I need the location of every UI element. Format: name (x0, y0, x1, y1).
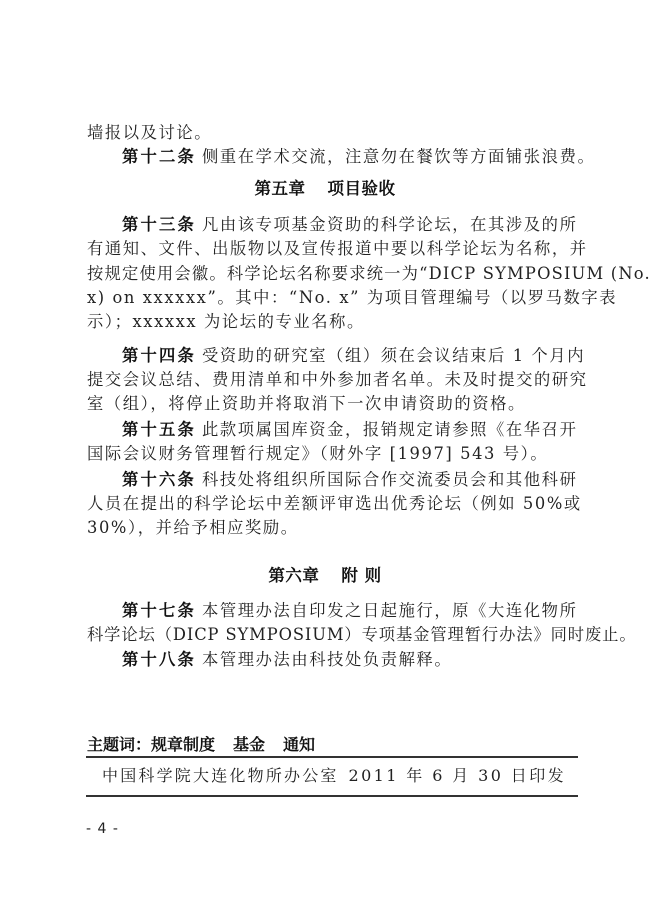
chapter-6-heading: 第六章附 则 (0, 564, 650, 588)
article-14-line: 室（组），将停止资助并将取消下一次申请资助的资格。 (87, 392, 573, 416)
article-number: 第十二条 (122, 147, 196, 166)
article-number: 第十四条 (122, 346, 196, 365)
article-text: 受资助的研究室（组）须在会议结束后 1 个月内 (202, 346, 585, 365)
article-number: 第十七条 (122, 601, 196, 620)
article-14-line: 提交会议总结、费用清单和中外参加者名单。未及时提交的研究 (87, 368, 573, 392)
article-17-line: 科学论坛（DICP SYMPOSIUM）专项基金管理暂行办法》同时废止。 (87, 623, 573, 647)
article-14: 第十四条受资助的研究室（组）须在会议结束后 1 个月内 (122, 344, 573, 368)
article-16-line: 30%），并给予相应奖励。 (87, 516, 573, 540)
article-number: 第十三条 (122, 215, 196, 234)
keyword: 规章制度 (151, 735, 215, 754)
chapter-title: 附 则 (341, 566, 381, 585)
article-16-line: 人员在提出的科学论坛中差额评审选出优秀论坛（例如 50%或 (87, 492, 573, 516)
divider-top (86, 756, 578, 758)
article-12: 第十二条侧重在学术交流，注意勿在餐饮等方面铺张浪费。 (122, 145, 573, 169)
chapter-number: 第五章 (255, 179, 306, 198)
issuing-office: 中国科学院大连化物所办公室 (102, 764, 339, 788)
subject-keywords: 主题词：规章制度基金通知 (87, 733, 315, 757)
keywords-label: 主题词： (87, 735, 151, 754)
article-16: 第十六条科技处将组织所国际合作交流委员会和其他科研 (122, 468, 573, 492)
keyword: 基金 (233, 735, 265, 754)
issue-date: 2011 年 6 月 30 日印发 (349, 764, 567, 788)
article-15: 第十五条此款项属国库资金，报销规定请参照《在华召开 (122, 418, 573, 442)
article-text: 侧重在学术交流，注意勿在餐饮等方面铺张浪费。 (202, 147, 595, 166)
chapter-title: 项目验收 (328, 179, 396, 198)
article-18: 第十八条本管理办法由科技处负责解释。 (122, 648, 573, 672)
article-13-line: x) on xxxxxx”。其中：“No. x” 为项目管理编号（以罗马数字表 (87, 286, 573, 310)
article-text: 凡由该专项基金资助的科学论坛，在其涉及的所 (202, 215, 578, 234)
chapter-5-heading: 第五章项目验收 (0, 177, 650, 201)
continuation-text: 墙报以及讨论。 (87, 121, 573, 145)
divider-bottom (86, 795, 578, 797)
article-text: 本管理办法自印发之日起施行，原《大连化物所 (202, 601, 578, 620)
article-13-line: 按规定使用会徽。科学论坛名称要求统一为“DICP SYMPOSIUM (No. (87, 262, 573, 286)
page-number: - 4 - (86, 818, 119, 840)
chapter-number: 第六章 (268, 566, 319, 585)
article-text: 本管理办法由科技处负责解释。 (202, 650, 452, 669)
article-13-line: 示）；xxxxxx 为论坛的专业名称。 (87, 310, 573, 334)
article-text: 此款项属国库资金，报销规定请参照《在华召开 (202, 420, 578, 439)
article-13-line: 有通知、文件、出版物以及宣传报道中要以科学论坛为名称，并 (87, 237, 573, 261)
article-17: 第十七条本管理办法自印发之日起施行，原《大连化物所 (122, 599, 573, 623)
article-15-line: 国际会议财务管理暂行规定》（财外字 [1997] 543 号）。 (87, 442, 573, 466)
article-13: 第十三条凡由该专项基金资助的科学论坛，在其涉及的所 (122, 213, 573, 237)
article-number: 第十六条 (122, 470, 196, 489)
keyword: 通知 (283, 735, 315, 754)
article-number: 第十八条 (122, 650, 196, 669)
article-number: 第十五条 (122, 420, 196, 439)
article-text: 科技处将组织所国际合作交流委员会和其他科研 (202, 470, 578, 489)
